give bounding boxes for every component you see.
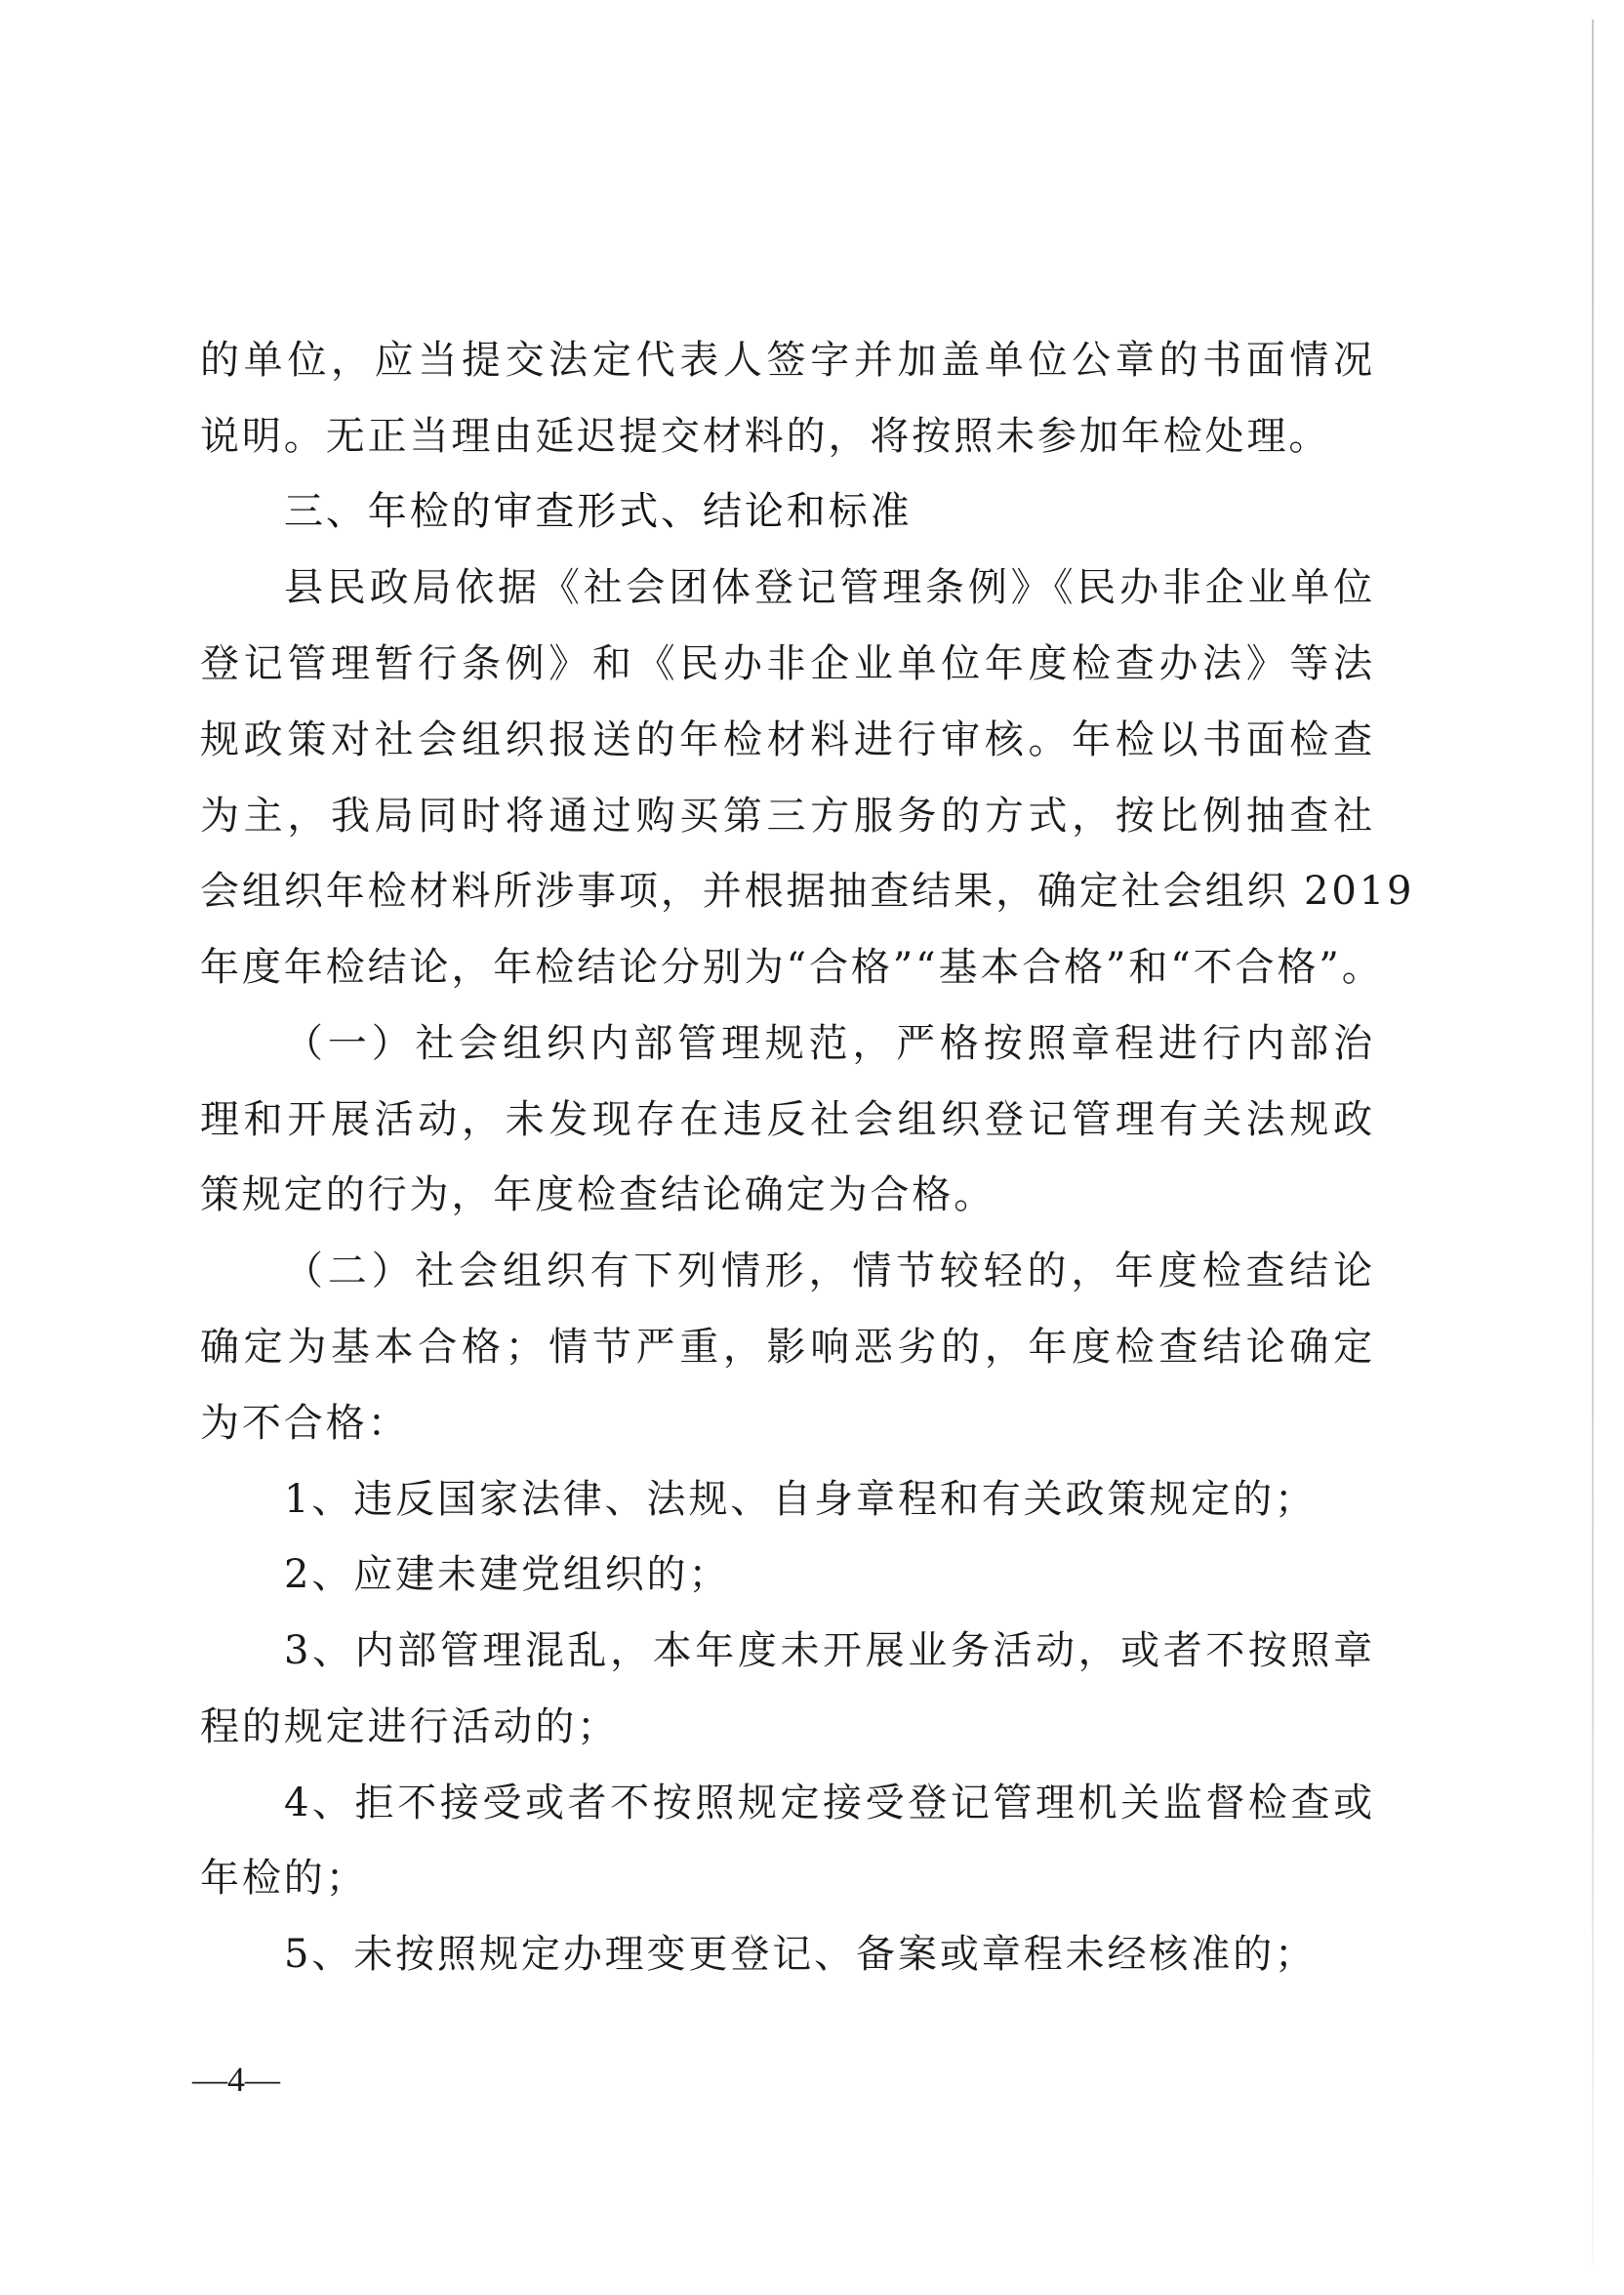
body-line: 会组织年检材料所涉事项，并根据抽查结果，确定社会组织 2019: [200, 868, 1375, 915]
list-item: 5、未按照规定办理变更登记、备案或章程未经核准的；: [200, 1931, 1375, 1978]
page-edge-divider: [1592, 20, 1594, 2265]
body-line: 年度年检结论，年检结论分别为“合格”“基本合格”和“不合格”。: [200, 944, 1375, 991]
body-line: 为不合格：: [200, 1400, 1375, 1447]
list-item: 4、拒不接受或者不按照规定接受登记管理机关监督检查或: [200, 1780, 1375, 1826]
list-item: 1、违反国家法律、法规、自身章程和有关政策规定的；: [200, 1476, 1375, 1523]
section-heading: 三、年检的审查形式、结论和标准: [200, 488, 1375, 535]
list-item-continuation: 年检的；: [200, 1855, 1375, 1902]
list-item: 2、应建未建党组织的；: [200, 1551, 1375, 1598]
body-line: 为主，我局同时将通过购买第三方服务的方式，按比例抽查社: [200, 793, 1375, 840]
body-line: 规政策对社会组织报送的年检材料进行审核。年检以书面检查: [200, 717, 1375, 763]
body-line: 登记管理暂行条例》和《民办非企业单位年度检查办法》等法: [200, 640, 1375, 687]
document-page: 的单位，应当提交法定代表人签字并加盖单位公章的书面情况 说明。无正当理由延迟提交…: [0, 0, 1624, 2295]
body-line: 策规定的行为，年度检查结论确定为合格。: [200, 1171, 1375, 1218]
body-line: 理和开展活动，未发现存在违反社会组织登记管理有关法规政: [200, 1096, 1375, 1143]
body-line: 的单位，应当提交法定代表人签字并加盖单位公章的书面情况: [200, 337, 1375, 384]
page-number: —4—: [192, 2060, 280, 2099]
body-line: 说明。无正当理由延迟提交材料的，将按照未参加年检处理。: [200, 413, 1375, 460]
body-line: 县民政局依据《社会团体登记管理条例》《民办非企业单位: [200, 564, 1375, 611]
list-item: 3、内部管理混乱，本年度未开展业务活动，或者不按照章: [200, 1627, 1375, 1674]
subsection-line: （一）社会组织内部管理规范，严格按照章程进行内部治: [200, 1020, 1375, 1067]
subsection-line: （二）社会组织有下列情形，情节较轻的，年度检查结论: [200, 1248, 1375, 1294]
body-line: 确定为基本合格；情节严重，影响恶劣的，年度检查结论确定: [200, 1324, 1375, 1371]
list-item-continuation: 程的规定进行活动的；: [200, 1703, 1375, 1750]
